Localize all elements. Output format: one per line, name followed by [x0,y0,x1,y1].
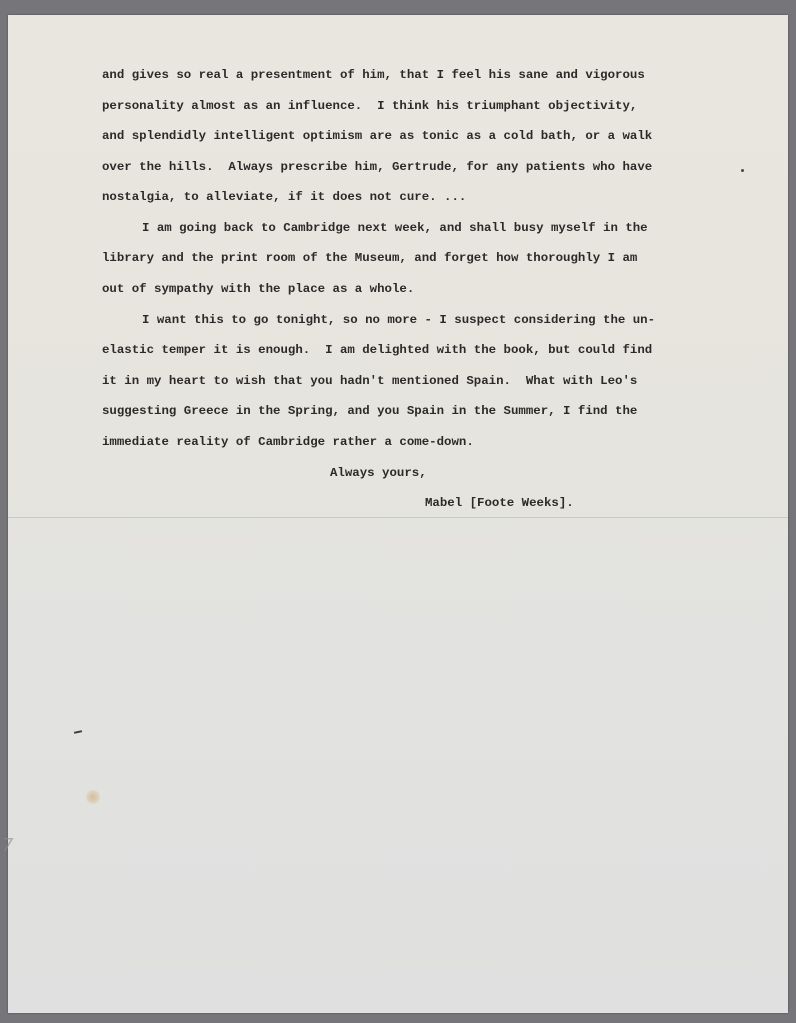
text-line: personality almost as an influence. I th… [102,99,637,113]
paper-stain [86,790,100,804]
paragraph-start-line: I am going back to Cambridge next week, … [142,221,648,235]
text-line: suggesting Greece in the Spring, and you… [102,404,637,418]
text-line: and gives so real a presentment of him, … [102,68,645,82]
signature: Mabel [Foote Weeks]. [425,496,574,510]
text-line: elastic temper it is enough. I am deligh… [102,343,652,357]
text-line: and splendidly intelligent optimism are … [102,129,652,143]
ink-speck [741,169,744,172]
ink-mark [74,730,82,734]
pencil-mark: 7 [2,835,13,856]
text-line: immediate reality of Cambridge rather a … [102,435,474,449]
text-line: nostalgia, to alleviate, if it does not … [102,190,466,204]
closing: Always yours, [330,466,427,480]
text-line: out of sympathy with the place as a whol… [102,282,414,296]
text-line: library and the print room of the Museum… [102,251,637,265]
paragraph-start-line: I want this to go tonight, so no more - … [142,313,655,327]
letter-page: and gives so real a presentment of him, … [8,15,788,1013]
text-line: it in my heart to wish that you hadn't m… [102,374,637,388]
text-line: over the hills. Always prescribe him, Ge… [102,160,652,174]
